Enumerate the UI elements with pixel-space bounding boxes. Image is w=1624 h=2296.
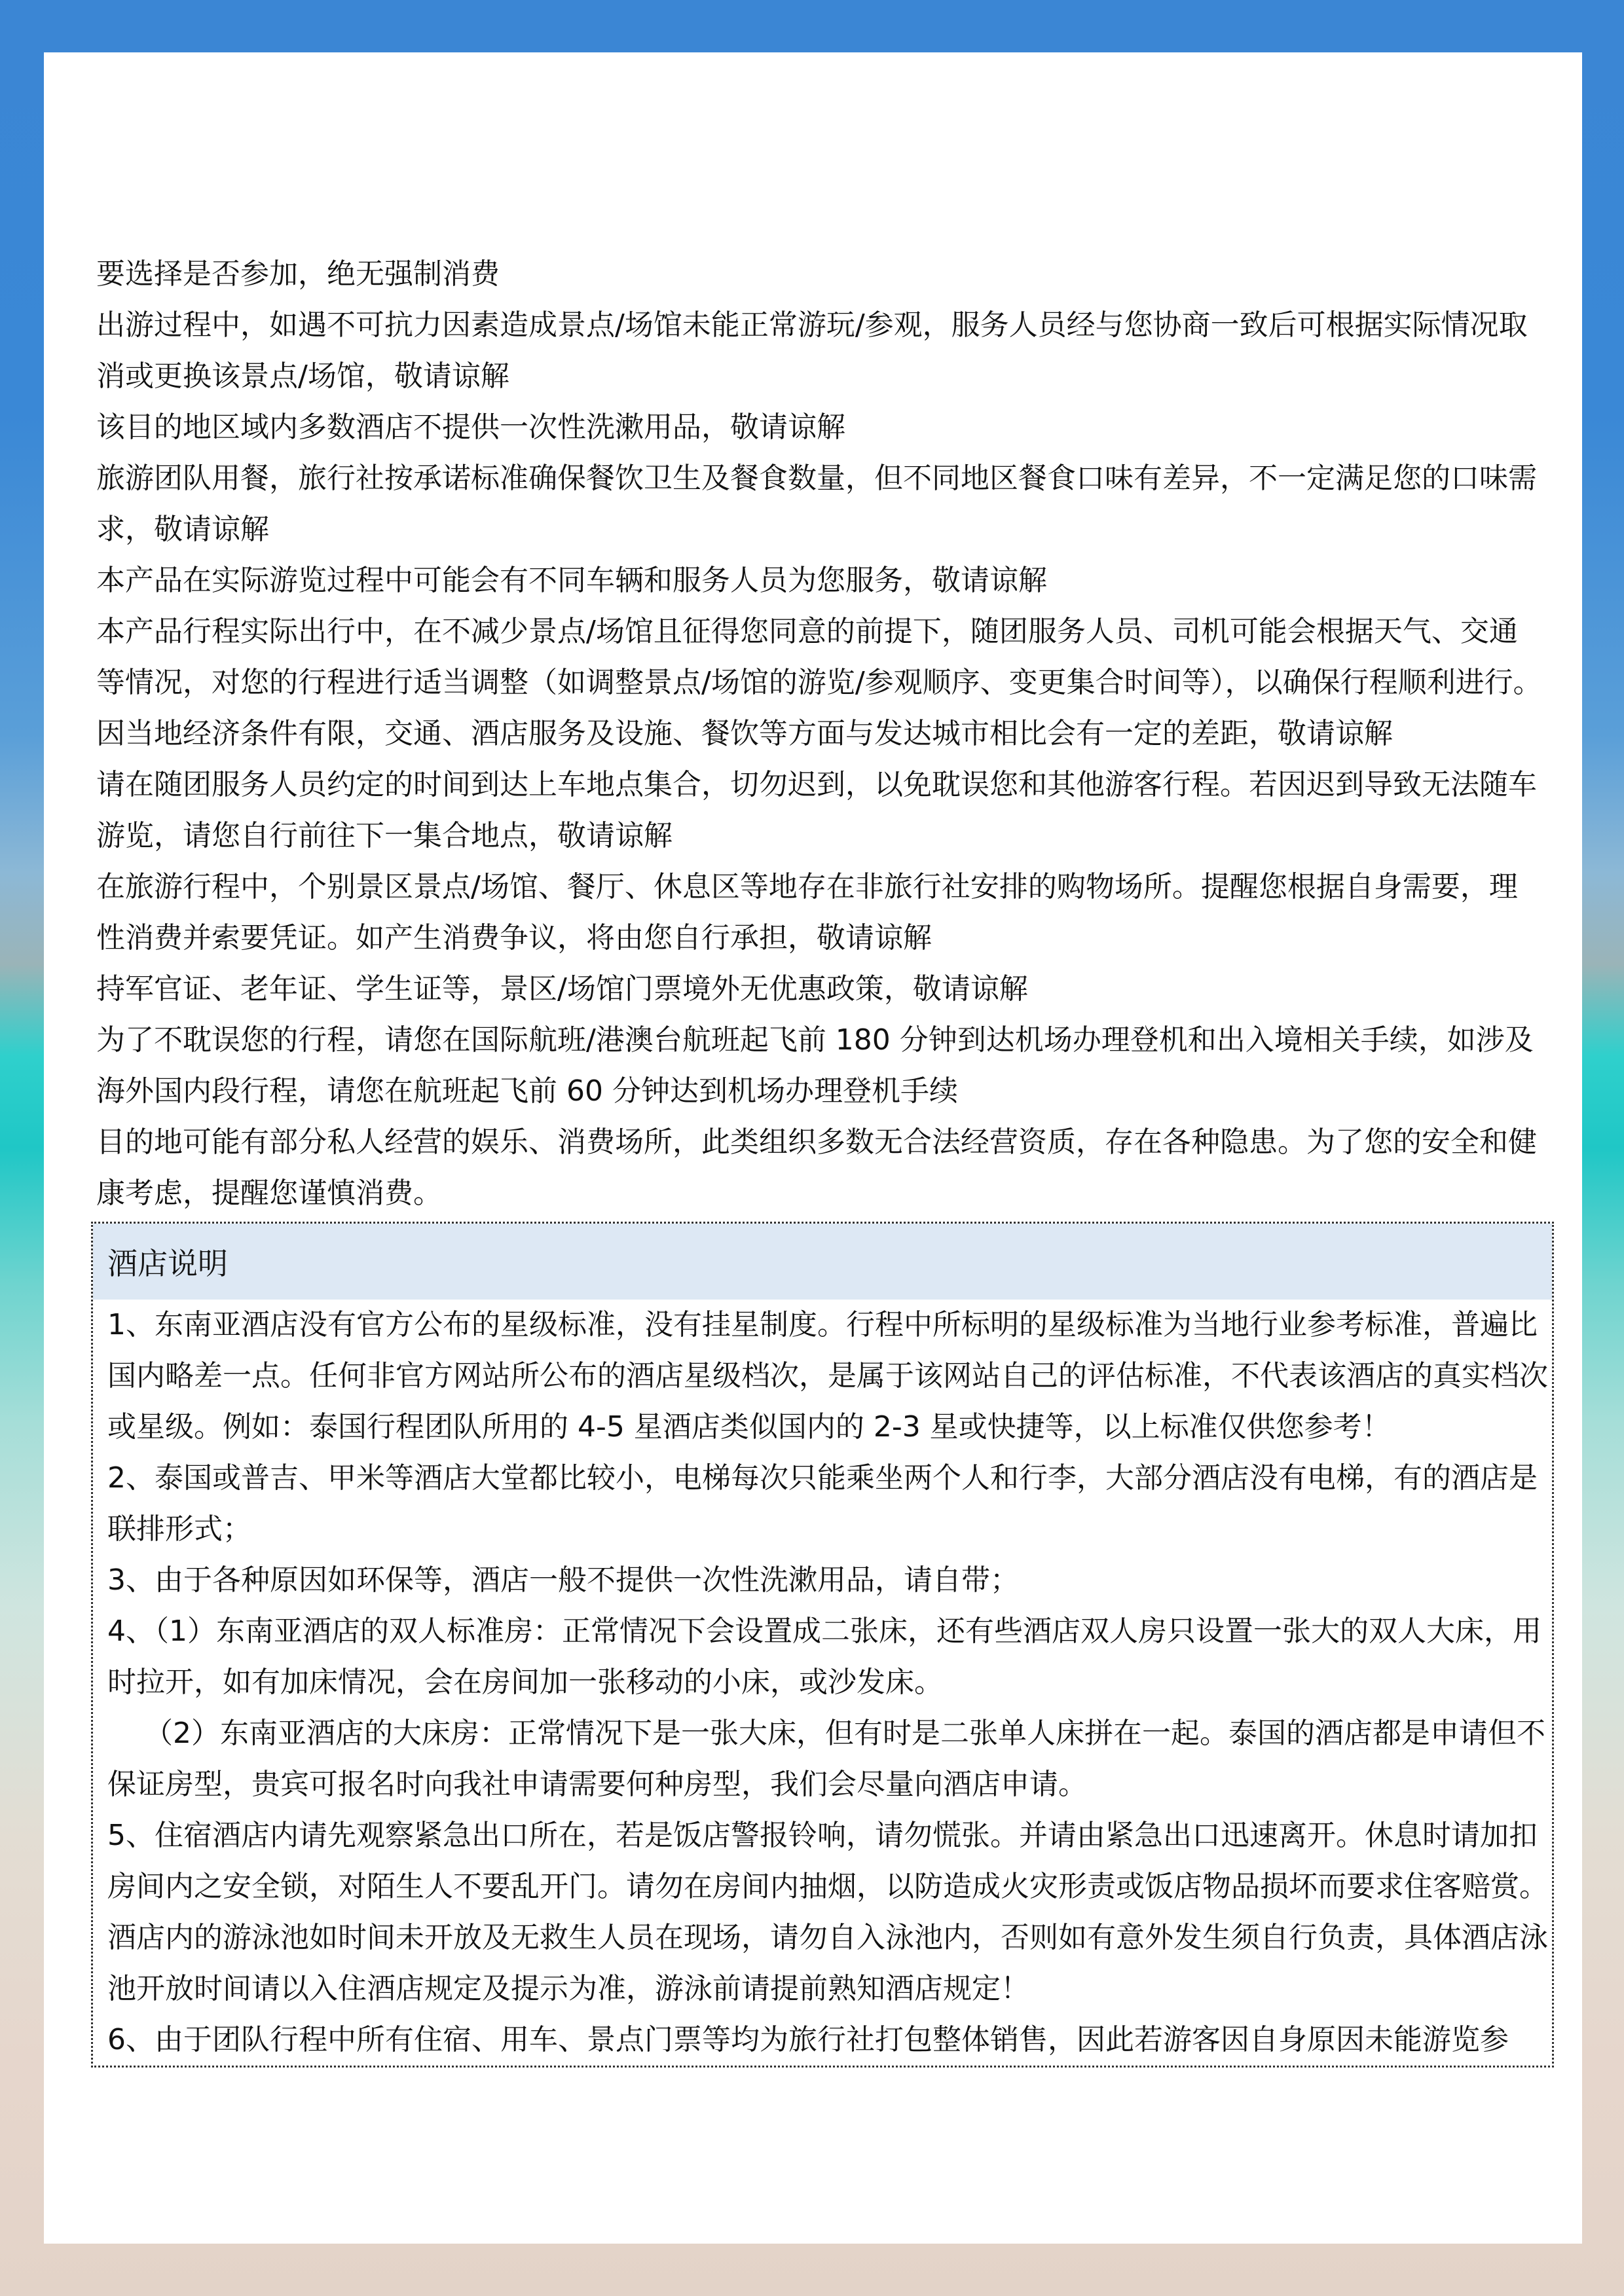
document-page: 要选择是否参加，绝无强制消费 出游过程中，如遇不可抗力因素造成景点/场馆未能正常…: [44, 52, 1582, 2244]
hotel-item: 1、东南亚酒店没有官方公布的星级标准，没有挂星制度。行程中所标明的星级标准为当地…: [107, 1300, 1552, 1453]
note-item: 因当地经济条件有限，交通、酒店服务及设施、餐饮等方面与发达城市相比会有一定的差距…: [96, 708, 1543, 759]
hotel-item: （2）东南亚酒店的大床房：正常情况下是一张大床，但有时是二张单人床拼在一起。泰国…: [107, 1708, 1552, 1810]
travel-notes-list: 要选择是否参加，绝无强制消费 出游过程中，如遇不可抗力因素造成景点/场馆未能正常…: [96, 249, 1543, 1219]
page-content: 要选择是否参加，绝无强制消费 出游过程中，如遇不可抗力因素造成景点/场馆未能正常…: [96, 249, 1543, 2068]
note-item: 要选择是否参加，绝无强制消费: [96, 249, 1543, 300]
note-item: 请在随团服务人员约定的时间到达上车地点集合，切勿迟到，以免耽误您和其他游客行程。…: [96, 759, 1543, 862]
hotel-item: 5、住宿酒店内请先观察紧急出口所在，若是饭店警报铃响，请勿慌张。并请由紧急出口迅…: [107, 1810, 1552, 2014]
note-item: 为了不耽误您的行程，请您在国际航班/港澳台航班起飞前 180 分钟到达机场办理登…: [96, 1015, 1543, 1117]
note-item: 出游过程中，如遇不可抗力因素造成景点/场馆未能正常游玩/参观，服务人员经与您协商…: [96, 300, 1543, 402]
hotel-info-body: 1、东南亚酒店没有官方公布的星级标准，没有挂星制度。行程中所标明的星级标准为当地…: [93, 1300, 1552, 2066]
hotel-info-section: 酒店说明 1、东南亚酒店没有官方公布的星级标准，没有挂星制度。行程中所标明的星级…: [91, 1222, 1554, 2068]
note-item: 旅游团队用餐，旅行社按承诺标准确保餐饮卫生及餐食数量，但不同地区餐食口味有差异，…: [96, 453, 1543, 555]
note-item: 目的地可能有部分私人经营的娱乐、消费场所，此类组织多数无合法经营资质，存在各种隐…: [96, 1117, 1543, 1219]
note-item: 本产品在实际游览过程中可能会有不同车辆和服务人员为您服务，敬请谅解: [96, 555, 1543, 606]
note-item: 持军官证、老年证、学生证等，景区/场馆门票境外无优惠政策，敬请谅解: [96, 964, 1543, 1015]
hotel-item: 3、由于各种原因如环保等，酒店一般不提供一次性洗漱用品，请自带；: [107, 1555, 1552, 1606]
note-item: 该目的地区域内多数酒店不提供一次性洗漱用品，敬请谅解: [96, 402, 1543, 453]
hotel-item: 4、（1）东南亚酒店的双人标准房：正常情况下会设置成二张床，还有些酒店双人房只设…: [107, 1606, 1552, 1708]
hotel-item: 2、泰国或普吉、甲米等酒店大堂都比较小，电梯每次只能乘坐两个人和行李，大部分酒店…: [107, 1453, 1552, 1555]
note-item: 在旅游行程中，个别景区景点/场馆、餐厅、休息区等地存在非旅行社安排的购物场所。提…: [96, 862, 1543, 964]
hotel-info-title: 酒店说明: [93, 1224, 1552, 1300]
hotel-item: 6、由于团队行程中所有住宿、用车、景点门票等均为旅行社打包整体销售，因此若游客因…: [107, 2014, 1552, 2066]
note-item: 本产品行程实际出行中，在不减少景点/场馆且征得您同意的前提下，随团服务人员、司机…: [96, 606, 1543, 708]
